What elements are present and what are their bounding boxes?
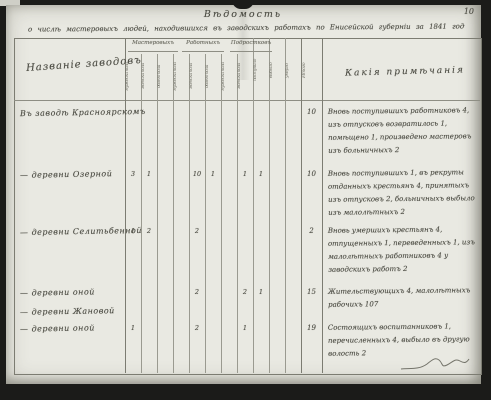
total-column-header: Итого [301, 42, 322, 99]
row-cell: 2 [237, 288, 253, 296]
row-cell: 3 [125, 170, 141, 178]
subcolumn-header: обоего пола [205, 54, 221, 99]
subcolumn-header: умерло [285, 42, 301, 99]
row-cell: 2 [189, 227, 205, 235]
row-total: 15 [301, 288, 322, 296]
row-cell: 1 [253, 288, 269, 296]
row-cell: 1 [253, 170, 269, 178]
subcolumn-header: женска пола [237, 54, 253, 99]
row-remark: Вновь умершихъ крестьянъ 4, отпущенныхъ … [328, 223, 477, 277]
group-header-rule [128, 51, 178, 52]
row-label: Въ заводѣ Красноярскомъ [20, 107, 146, 118]
header-bottom-rule [14, 100, 480, 101]
table-row: — деревни Жановой [6, 304, 480, 320]
row-cell: 1 [141, 170, 157, 178]
row-total: 2 [301, 227, 322, 235]
row-label: — деревни Селитьбенной [20, 226, 142, 237]
subcolumn-header: мужеска пола [173, 54, 189, 99]
row-cell: 2 [141, 227, 157, 235]
row-label: — деревни Озерной [20, 169, 112, 180]
row-label: — деревни оной [20, 323, 95, 333]
subcolumn-header: выбыло [269, 42, 285, 99]
row-cell: 2 [189, 324, 205, 332]
row-cell: 1 [205, 170, 221, 178]
row-total: 19 [301, 324, 322, 332]
subcolumn-header: женска пола [189, 54, 205, 99]
table-row: Въ заводѣ Красноярскомъ 10 Вновь поступи… [6, 105, 480, 161]
row-remark: Вновь поступившихъ 1, въ рекруты отданны… [328, 166, 477, 220]
page-subtitle: о числѣ мастеровыхъ людей, находившихся … [28, 22, 465, 33]
row-remark: Вновь поступившихъ работниковъ 4, изъ от… [328, 104, 477, 158]
subcolumn-header: женска пола [141, 54, 157, 99]
table-row: — деревни Селитьбенной 1 2 2 2 Вновь уме… [6, 224, 480, 280]
subcolumn-header: обоего пола [157, 54, 173, 99]
subcolumn-header: мужеска пола [221, 54, 237, 99]
page-title: Вѣдомость [6, 9, 480, 20]
row-cell: 1 [237, 170, 253, 178]
group-header: Работныхъ [180, 40, 226, 51]
row-label: — деревни оной [20, 287, 95, 297]
row-cell: 1 [237, 324, 253, 332]
scanned-ledger-page: 10 Вѣдомость о числѣ мастеровыхъ людей, … [0, 0, 491, 400]
subcolumn-header: поступило [253, 42, 269, 99]
row-cell: 1 [125, 324, 141, 332]
row-cell: 1 [125, 227, 141, 235]
group-header: Мастеровыхъ [126, 40, 180, 51]
row-total: 10 [301, 108, 322, 116]
row-total: 10 [301, 170, 322, 178]
table-row: — деревни Озерной 3 1 10 1 1 1 10 Вновь … [6, 167, 480, 223]
paper-sheet: 10 Вѣдомость о числѣ мастеровыхъ людей, … [6, 5, 481, 384]
signature-flourish [399, 352, 471, 374]
group-header-rule [182, 51, 224, 52]
row-label: — деревни Жановой [20, 306, 115, 317]
row-cell: 2 [189, 288, 205, 296]
row-cell: 10 [189, 170, 205, 178]
subcolumn-header: мужеска пола [125, 54, 141, 99]
